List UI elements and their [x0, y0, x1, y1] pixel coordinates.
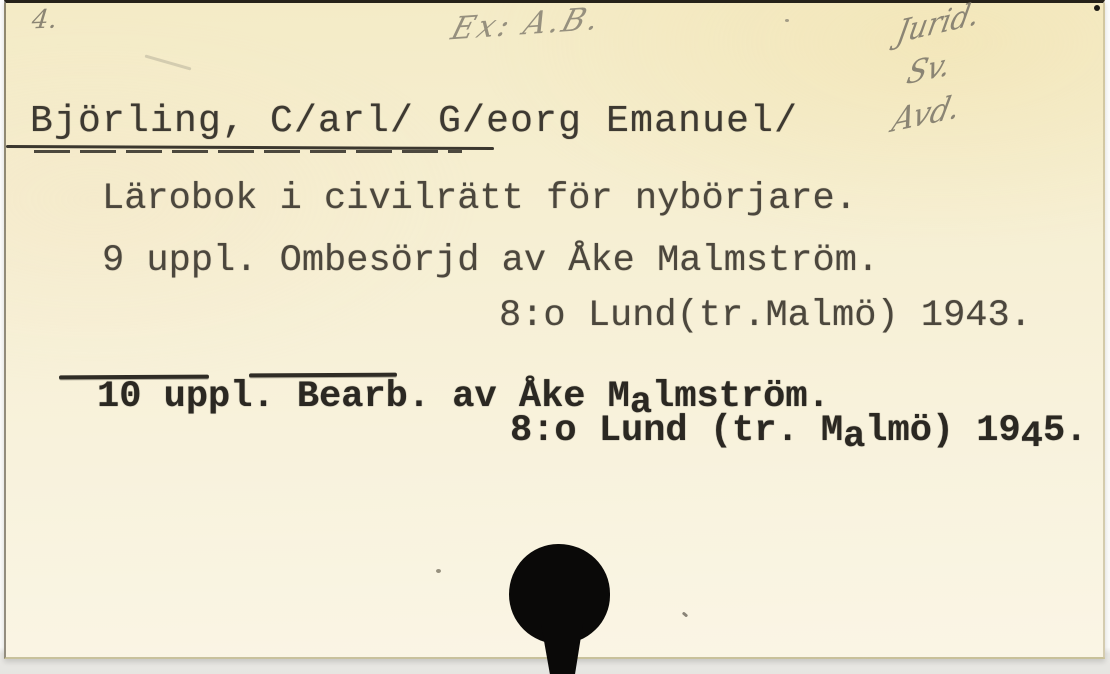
imprint-1945-text-mid: lmö) 19 [865, 410, 1020, 452]
card-corner-number: 4. [31, 7, 59, 34]
imprint-1945-text: 8:o Lund (tr. M [510, 410, 843, 452]
paper-speck [436, 569, 441, 573]
imprint-1945-text-end: 5. [1043, 410, 1087, 452]
dept-line-avd: Avd. [889, 91, 963, 138]
imprint-1945-dropped-a: a [843, 419, 865, 456]
imprint-line-1945: 8:o Lund (tr. Malmö) 1945. [510, 413, 1087, 450]
catalog-card: 4. Ex: A.B. Jurid. Sv. Avd. Björling, C/… [4, 0, 1105, 659]
imprint-1945-dropped-4: 4 [1021, 419, 1043, 456]
imprint-line-1943: 8:o Lund(tr.Malmö) 1943. [499, 298, 1032, 335]
edge-blemish [1094, 5, 1100, 11]
paper-speck [785, 19, 789, 22]
punch-hole-slot [539, 623, 585, 674]
heading-underline-typed-dashes [34, 150, 462, 153]
ex-libris-note: Ex: A.B. [448, 3, 606, 45]
title-line: Lärobok i civilrätt för nybörjare. [102, 181, 857, 218]
paper-speck [682, 611, 689, 617]
dept-line-sv: Sv. [904, 49, 953, 90]
dept-line-jurid: Jurid. [894, 0, 982, 50]
pencil-smudge [145, 54, 192, 70]
edition-line-1943: 9 uppl. Ombesörjd av Åke Malmström. [102, 243, 879, 280]
author-heading: Björling, C/arl/ G/eorg Emanuel/ [30, 103, 798, 141]
